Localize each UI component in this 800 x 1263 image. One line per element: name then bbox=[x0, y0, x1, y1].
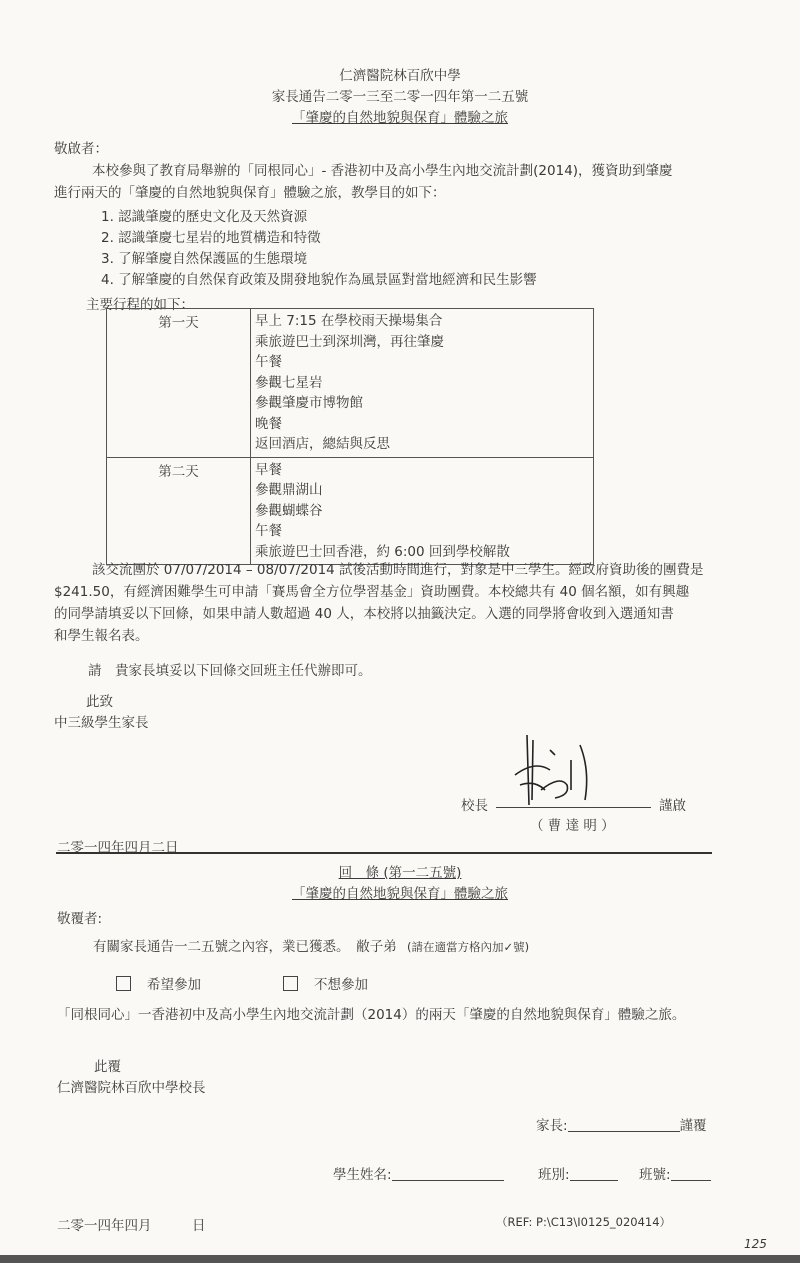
salutation: 敬啟者： bbox=[54, 137, 108, 157]
activity: 早上 7:15 在學校雨天操場集合 bbox=[255, 311, 589, 332]
student-name-blank[interactable] bbox=[392, 1180, 504, 1181]
decline-checkbox[interactable] bbox=[283, 976, 298, 991]
school-name: 仁濟醫院林百欣中學 bbox=[0, 64, 800, 84]
details-line-3: 的同學請填妥以下回條，如果申請人數超過 40 人，本校將以抽籤決定。入選的同學將… bbox=[54, 602, 674, 622]
parent-signature-blank[interactable] bbox=[568, 1131, 680, 1132]
details-line-4: 和學生報名表。 bbox=[54, 624, 149, 644]
activity: 午餐 bbox=[255, 521, 589, 542]
option-decline-label: 不想參加 bbox=[314, 977, 368, 993]
intro-line-1: 本校參與了教育局舉辦的「同根同心」- 香港初中及高小學生內地交流計劃(2014)… bbox=[92, 159, 673, 179]
tick-instruction: (請在適當方格內加✓號) bbox=[407, 940, 529, 954]
request-text: 請 貴家長填妥以下回條交回班主任代辦即可。 bbox=[88, 659, 372, 679]
class-number-field[interactable]: 班號: bbox=[639, 1163, 711, 1183]
notice-number: 家長通告二零一三至二零一四年第一二五號 bbox=[0, 85, 800, 105]
activity: 早餐 bbox=[255, 460, 589, 481]
itinerary-row-day-1: 第一天 早上 7:15 在學校雨天操場集合 乘旅遊巴士到深圳灣，再往肇慶 午餐 … bbox=[107, 309, 594, 458]
trip-title: 「肇慶的自然地貌與保育」體驗之旅 bbox=[292, 110, 508, 126]
day-activities: 早餐 參觀鼎湖山 參觀蝴蝶谷 午餐 乘旅遊巴士回香港，約 6:00 回到學校解散 bbox=[251, 457, 594, 565]
class-number-blank[interactable] bbox=[671, 1180, 711, 1181]
activity: 乘旅遊巴士到深圳灣，再往肇慶 bbox=[255, 332, 589, 353]
parent-label: 家長: bbox=[536, 1118, 568, 1134]
acknowledgement-text: 有關家長通告一二五號之內容，業已獲悉。 敝子弟 bbox=[93, 939, 397, 955]
signature-line bbox=[496, 806, 651, 808]
reply-date-line: 二零一四年四月 日 bbox=[57, 1214, 206, 1234]
activity: 午餐 bbox=[255, 352, 589, 373]
class-label: 班別: bbox=[538, 1167, 570, 1183]
details-line-2: $241.50，有經濟困難學生可申請「賽馬會全方位學習基金」資助團費。本校總共有… bbox=[54, 580, 689, 600]
option-join[interactable]: 希望參加 bbox=[116, 973, 201, 993]
class-blank[interactable] bbox=[570, 1180, 618, 1181]
tear-off-divider bbox=[56, 852, 712, 854]
program-line: 「同根同心」一香港初中及高小學生內地交流計劃（2014）的兩天「肇慶的自然地貌與… bbox=[57, 1003, 685, 1023]
day-label: 第一天 bbox=[107, 309, 251, 458]
objective-1: 1. 認識肇慶的歷史文化及天然資源 bbox=[101, 205, 307, 225]
reply-recipient: 仁濟醫院林百欣中學校長 bbox=[57, 1076, 206, 1096]
reply-slip-trip-title: 「肇慶的自然地貌與保育」體驗之旅 bbox=[292, 886, 508, 902]
activity: 晚餐 bbox=[255, 414, 589, 435]
itinerary-row-day-2: 第二天 早餐 參觀鼎湖山 參觀蝴蝶谷 午餐 乘旅遊巴士回香港，約 6:00 回到… bbox=[107, 457, 594, 565]
closing-text: 此致 bbox=[86, 690, 113, 710]
signature-closing: 謹啟 bbox=[659, 794, 686, 814]
reply-slip-title: 回 條 (第一二五號) bbox=[339, 865, 462, 881]
activity: 返回酒店，總結與反思 bbox=[255, 434, 589, 455]
objective-3: 3. 了解肇慶自然保護區的生態環境 bbox=[101, 247, 307, 267]
parent-signature-field[interactable]: 家長:謹覆 bbox=[536, 1114, 707, 1134]
activity: 參觀蝴蝶谷 bbox=[255, 501, 589, 522]
activity: 參觀鼎湖山 bbox=[255, 480, 589, 501]
activity: 參觀肇慶市博物館 bbox=[255, 393, 589, 414]
recipient-text: 中三級學生家長 bbox=[54, 711, 149, 731]
reply-salutation: 敬覆者: bbox=[57, 907, 102, 927]
day-activities: 早上 7:15 在學校雨天操場集合 乘旅遊巴士到深圳灣，再往肇慶 午餐 參觀七星… bbox=[251, 309, 594, 458]
principal-signature-icon bbox=[505, 730, 615, 810]
option-join-label: 希望參加 bbox=[147, 977, 201, 993]
day-label: 第二天 bbox=[107, 457, 251, 565]
objective-4: 4. 了解肇慶的自然保育政策及開發地貌作為風景區對當地經濟和民生影響 bbox=[101, 268, 537, 288]
principal-name: （ 曹 達 明 ） bbox=[530, 814, 615, 834]
objective-2: 2. 認識肇慶七星岩的地質構造和特徵 bbox=[101, 226, 321, 246]
reference-code: （REF: P:\C13\I0125_020414） bbox=[496, 1214, 671, 1230]
student-name-field[interactable]: 學生姓名: bbox=[333, 1163, 504, 1183]
class-number-label: 班號: bbox=[639, 1167, 671, 1183]
details-line-1: 該交流團於 07/07/2014 – 08/07/2014 試後活動時間進行，對… bbox=[92, 558, 704, 578]
student-name-label: 學生姓名: bbox=[333, 1167, 392, 1183]
parent-closing: 謹覆 bbox=[680, 1118, 707, 1134]
reply-closing: 此覆 bbox=[94, 1055, 121, 1075]
join-checkbox[interactable] bbox=[116, 976, 131, 991]
class-field[interactable]: 班別: bbox=[538, 1163, 618, 1183]
scan-bottom-edge bbox=[0, 1255, 800, 1263]
intro-line-2: 進行兩天的「肇慶的自然地貌與保育」體驗之旅，教學目的如下： bbox=[54, 181, 446, 201]
itinerary-table: 第一天 早上 7:15 在學校雨天操場集合 乘旅遊巴士到深圳灣，再往肇慶 午餐 … bbox=[106, 308, 594, 565]
handwritten-page-mark: 125 bbox=[744, 1237, 767, 1251]
principal-title: 校長 bbox=[461, 794, 488, 814]
activity: 參觀七星岩 bbox=[255, 373, 589, 394]
option-decline[interactable]: 不想參加 bbox=[283, 973, 368, 993]
